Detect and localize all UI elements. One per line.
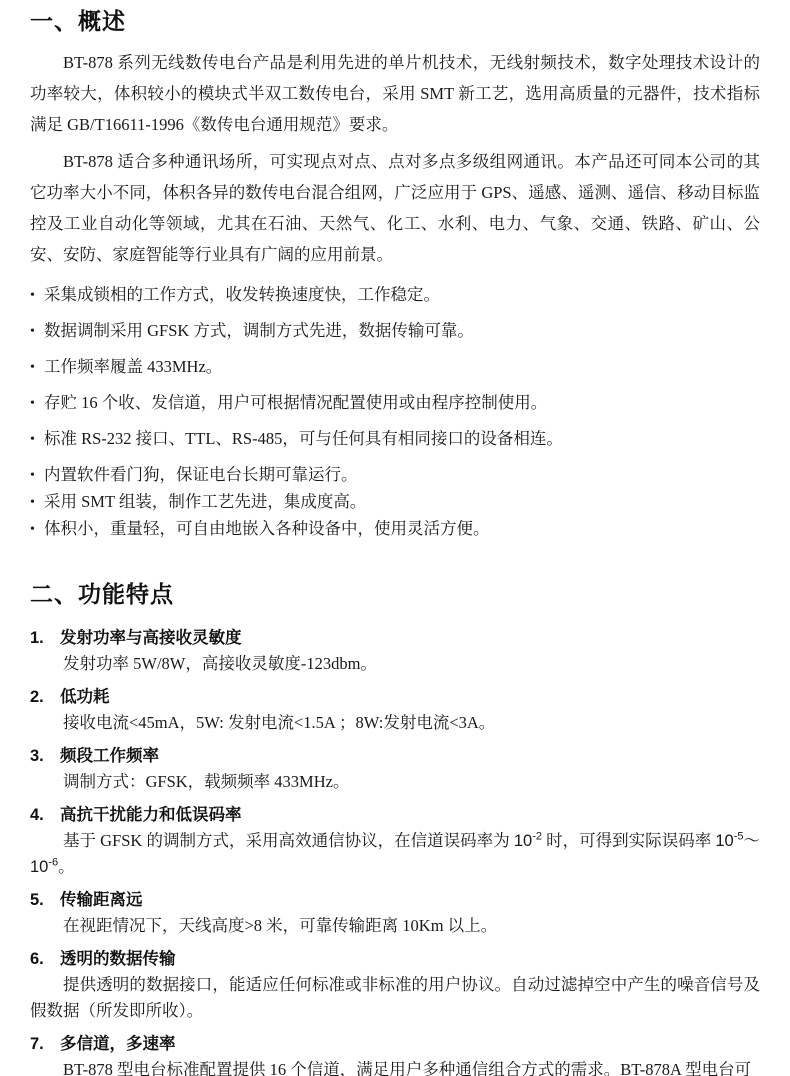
feature-title-row: 1.发射功率与高接收灵敏度 — [30, 626, 760, 651]
feature-number: 3. — [30, 744, 60, 769]
feature-number: 7. — [30, 1032, 60, 1057]
bullet-item: •存贮 16 个收、发信道，用户可根据情况配置使用或由程序控制使用。 — [30, 390, 760, 417]
power-exponent: -5 — [734, 831, 744, 843]
feature-number: 5. — [30, 888, 60, 913]
feature-title: 低功耗 — [60, 688, 110, 706]
feature-number: 6. — [30, 947, 60, 972]
bullet-text: 体积小，重量轻，可自由地嵌入各种设备中，使用灵活方便。 — [44, 519, 490, 538]
bullet-text: 工作频率履盖 433MHz。 — [44, 357, 222, 376]
bullet-icon: • — [30, 283, 44, 309]
feature-title: 频段工作频率 — [60, 747, 159, 765]
feature-item: 3.频段工作频率 调制方式：GFSK，载频频率 433MHz。 — [30, 744, 760, 795]
feature-list: 1.发射功率与高接收灵敏度 发射功率 5W/8W，高接收灵敏度-123dbm。 … — [30, 626, 760, 1076]
feature-number: 2. — [30, 685, 60, 710]
section1-heading: 一、概述 — [30, 5, 760, 37]
document-page: 一、概述 BT-878 系列无线数传电台产品是利用先进的单片机技术，无线射频技术… — [0, 0, 790, 1076]
bullet-item: •采集成锁相的工作方式，收发转换速度快，工作稳定。 — [30, 282, 760, 309]
feature-item: 6.透明的数据传输 提供透明的数据接口，能适应任何标准或非标准的用户协议。自动过… — [30, 947, 760, 1024]
overview-paragraph-2: BT-878 适合多种通讯场所，可实现点对点、点对多点多级组网通讯。本产品还可同… — [30, 146, 760, 270]
feature-item: 2.低功耗 接收电流<45mA，5W: 发射电流<1.5A ；8W:发射电流<3… — [30, 685, 760, 736]
bullet-item: •内置软件看门狗，保证电台长期可靠运行。 — [30, 462, 760, 489]
feature-title-row: 2.低功耗 — [30, 685, 760, 710]
bullet-text: 存贮 16 个收、发信道，用户可根据情况配置使用或由程序控制使用。 — [44, 393, 547, 412]
bullet-text: 内置软件看门狗，保证电台长期可靠运行。 — [44, 465, 358, 484]
bullet-icon: • — [30, 490, 44, 516]
bullet-icon: • — [30, 427, 44, 453]
feature-body: BT-878 型电台标准配置提供 16 个信道，满足用户多种通信组合方式的需求。… — [30, 1057, 760, 1076]
bullet-item: •标准 RS-232 接口、TTL、RS-485，可与任何具有相同接口的设备相连… — [30, 426, 760, 453]
feature-title-row: 6.透明的数据传输 — [30, 947, 760, 972]
overview-bullet-list: •采集成锁相的工作方式，收发转换速度快，工作稳定。 •数据调制采用 GFSK 方… — [30, 282, 760, 543]
feature-title: 多信道，多速率 — [60, 1035, 176, 1053]
overview-paragraph-1: BT-878 系列无线数传电台产品是利用先进的单片机技术，无线射频技术，数字处理… — [30, 47, 760, 140]
feature-title: 发射功率与高接收灵敏度 — [60, 629, 242, 647]
bullet-item: •采用 SMT 组装，制作工艺先进，集成度高。 — [30, 489, 760, 516]
bullet-text: 数据调制采用 GFSK 方式，调制方式先进，数据传输可靠。 — [44, 321, 474, 340]
feature-number: 4. — [30, 803, 60, 828]
bullet-text: 标准 RS-232 接口、TTL、RS-485，可与任何具有相同接口的设备相连。 — [44, 429, 563, 448]
feature-body-text: ～ — [744, 831, 761, 850]
bullet-item: •体积小，重量轻，可自由地嵌入各种设备中，使用灵活方便。 — [30, 516, 760, 543]
feature-number: 1. — [30, 626, 60, 651]
bullet-icon: • — [30, 463, 44, 489]
bullet-icon: • — [30, 517, 44, 543]
bullet-item: •工作频率履盖 433MHz。 — [30, 354, 760, 381]
feature-body: 发射功率 5W/8W，高接收灵敏度-123dbm。 — [30, 651, 760, 677]
feature-body: 在视距情况下，天线高度>8 米，可靠传输距离 10Km 以上。 — [30, 913, 760, 939]
feature-title-row: 5.传输距离远 — [30, 888, 760, 913]
power-base-value: 10 — [30, 858, 48, 876]
feature-body: 基于 GFSK 的调制方式，采用高效通信协议，在信道误码率为 10-2 时，可得… — [30, 828, 760, 880]
power-base-value: 10 — [715, 832, 733, 850]
feature-item: 5.传输距离远 在视距情况下，天线高度>8 米，可靠传输距离 10Km 以上。 — [30, 888, 760, 939]
feature-title: 传输距离远 — [60, 891, 143, 909]
bullet-icon: • — [30, 319, 44, 345]
section2-heading: 二、功能特点 — [30, 579, 760, 609]
power-exponent: -2 — [532, 831, 542, 843]
feature-body-text: 。 — [58, 857, 75, 876]
feature-body: 提供透明的数据接口，能适应任何标准或非标准的用户协议。自动过滤掉空中产生的噪音信… — [30, 972, 760, 1024]
feature-title-row: 4.高抗干扰能力和低误码率 — [30, 803, 760, 828]
bullet-text: 采集成锁相的工作方式，收发转换速度快，工作稳定。 — [44, 285, 440, 304]
feature-body: 调制方式：GFSK，载频频率 433MHz。 — [30, 769, 760, 795]
feature-item: 4.高抗干扰能力和低误码率 基于 GFSK 的调制方式，采用高效通信协议，在信道… — [30, 803, 760, 880]
bullet-icon: • — [30, 391, 44, 417]
feature-title-row: 3.频段工作频率 — [30, 744, 760, 769]
feature-body-text: 基于 GFSK 的调制方式，采用高效通信协议，在信道误码率为 — [63, 831, 514, 850]
feature-title-row: 7.多信道，多速率 — [30, 1032, 760, 1057]
feature-body: 接收电流<45mA，5W: 发射电流<1.5A ；8W:发射电流<3A。 — [30, 710, 760, 736]
feature-item: 7.多信道，多速率 BT-878 型电台标准配置提供 16 个信道，满足用户多种… — [30, 1032, 760, 1076]
bullet-item: •数据调制采用 GFSK 方式，调制方式先进，数据传输可靠。 — [30, 318, 760, 345]
power-exponent: -6 — [48, 857, 58, 869]
bullet-icon: • — [30, 355, 44, 381]
feature-item: 1.发射功率与高接收灵敏度 发射功率 5W/8W，高接收灵敏度-123dbm。 — [30, 626, 760, 677]
power-base-value: 10 — [514, 832, 532, 850]
feature-title: 高抗干扰能力和低误码率 — [60, 806, 242, 824]
feature-title: 透明的数据传输 — [60, 950, 176, 968]
feature-body-text: 时，可得到实际误码率 — [542, 831, 715, 850]
bullet-text: 采用 SMT 组装，制作工艺先进，集成度高。 — [44, 492, 366, 511]
